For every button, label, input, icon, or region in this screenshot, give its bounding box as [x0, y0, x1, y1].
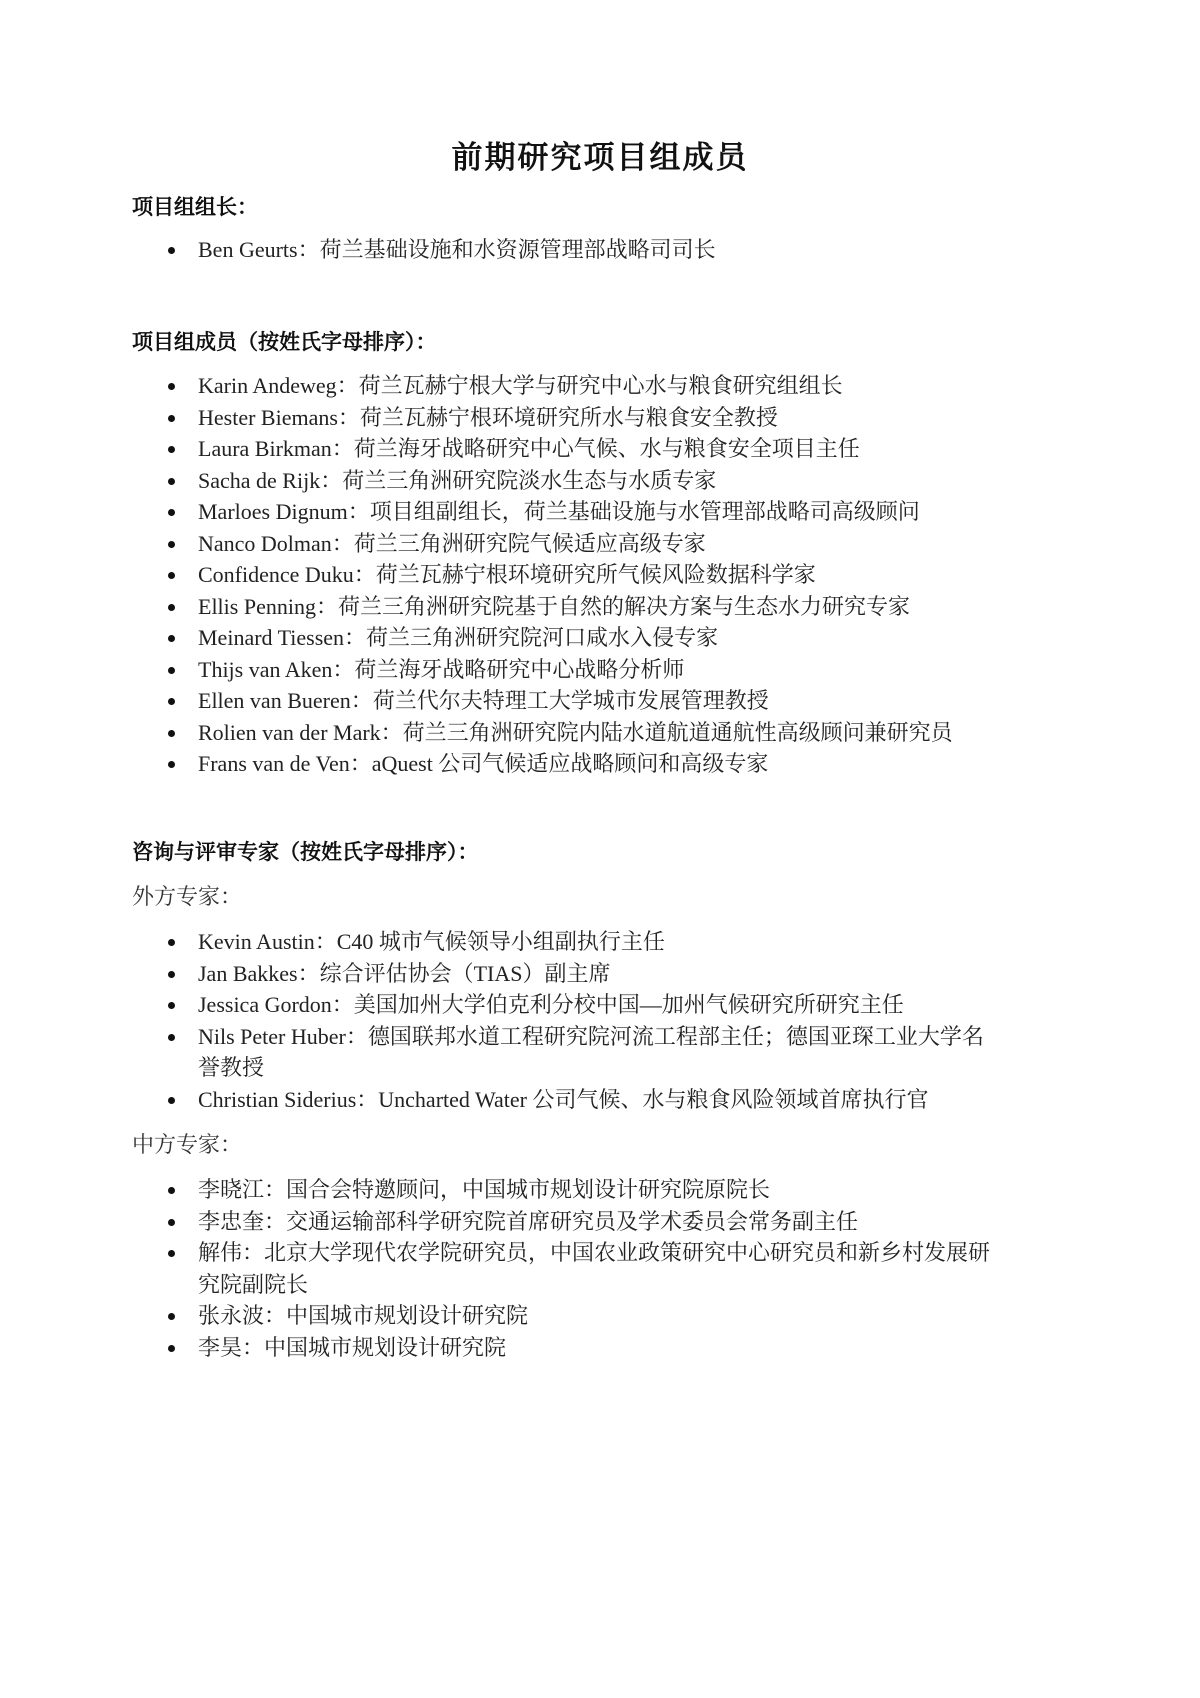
page-title: 前期研究项目组成员	[0, 132, 1200, 177]
list-item: 李晓江：国合会特邀顾问，中国城市规划设计研究院原院长	[132, 1174, 992, 1206]
section-heading-advisors: 咨询与评审专家（按姓氏字母排序）：	[132, 836, 479, 866]
bullet-icon	[168, 572, 175, 579]
bullet-icon	[168, 415, 175, 422]
list-item: Sacha de Rijk：荷兰三角洲研究院淡水生态与水质专家	[132, 465, 992, 497]
list-item: Karin Andeweg：荷兰瓦赫宁根大学与研究中心水与粮食研究组组长	[132, 370, 992, 402]
list-item: Ellen van Bueren：荷兰代尔夫特理工大学城市发展管理教授	[132, 685, 992, 717]
list-item: Thijs van Aken：荷兰海牙战略研究中心战略分析师	[132, 654, 992, 686]
list-item: 李昊：中国城市规划设计研究院	[132, 1332, 992, 1364]
list-item: Jessica Gordon：美国加州大学伯克利分校中国—加州气候研究所研究主任	[132, 989, 992, 1021]
list-item: 张永波：中国城市规划设计研究院	[132, 1300, 992, 1332]
bullet-icon	[168, 1219, 175, 1226]
chinese-experts-list: 李晓江：国合会特邀顾问，中国城市规划设计研究院原院长 李忠奎：交通运输部科学研究…	[132, 1174, 992, 1363]
list-item: Laura Birkman：荷兰海牙战略研究中心气候、水与粮食安全项目主任	[132, 433, 992, 465]
bullet-icon	[168, 1250, 175, 1257]
document-page: 前期研究项目组成员 项目组组长： Ben Geurts：荷兰基础设施和水资源管理…	[0, 0, 1200, 1698]
bullet-icon	[168, 509, 175, 516]
list-item: Nanco Dolman：荷兰三角洲研究院气候适应高级专家	[132, 528, 992, 560]
list-item: Hester Biemans：荷兰瓦赫宁根环境研究所水与粮食安全教授	[132, 402, 992, 434]
list-item: Nils Peter Huber：德国联邦水道工程研究院河流工程部主任；德国亚琛…	[132, 1021, 992, 1084]
list-item: Meinard Tiessen：荷兰三角洲研究院河口咸水入侵专家	[132, 622, 992, 654]
bullet-icon	[168, 635, 175, 642]
bullet-icon	[168, 1187, 175, 1194]
foreign-experts-list: Kevin Austin：C40 城市气候领导小组副执行主任 Jan Bakke…	[132, 926, 992, 1115]
subheading-foreign-experts: 外方专家：	[132, 880, 242, 911]
list-item: 李忠奎：交通运输部科学研究院首席研究员及学术委员会常务副主任	[132, 1206, 992, 1238]
bullet-icon	[168, 698, 175, 705]
bullet-icon	[168, 1034, 175, 1041]
section-heading-leader: 项目组组长：	[132, 191, 258, 221]
list-item: Marloes Dignum：项目组副组长，荷兰基础设施与水管理部战略司高级顾问	[132, 496, 992, 528]
list-item: Rolien van der Mark：荷兰三角洲研究院内陆水道航道通航性高级顾…	[132, 717, 992, 749]
leader-list: Ben Geurts：荷兰基础设施和水资源管理部战略司司长	[132, 234, 992, 266]
bullet-icon	[168, 939, 175, 946]
section-heading-members: 项目组成员（按姓氏字母排序）：	[132, 326, 437, 356]
bullet-icon	[168, 1345, 175, 1352]
list-item: Ben Geurts：荷兰基础设施和水资源管理部战略司司长	[132, 234, 992, 266]
bullet-icon	[168, 383, 175, 390]
bullet-icon	[168, 1313, 175, 1320]
bullet-icon	[168, 247, 175, 254]
list-item: Jan Bakkes：综合评估协会（TIAS）副主席	[132, 958, 992, 990]
members-list: Karin Andeweg：荷兰瓦赫宁根大学与研究中心水与粮食研究组组长 Hes…	[132, 370, 992, 780]
bullet-icon	[168, 478, 175, 485]
bullet-icon	[168, 541, 175, 548]
list-item: Christian Siderius：Uncharted Water 公司气候、…	[132, 1084, 992, 1116]
list-item: Kevin Austin：C40 城市气候领导小组副执行主任	[132, 926, 992, 958]
list-item: 解伟：北京大学现代农学院研究员，中国农业政策研究中心研究员和新乡村发展研究院副院…	[132, 1237, 992, 1300]
bullet-icon	[168, 604, 175, 611]
bullet-icon	[168, 446, 175, 453]
list-item: Confidence Duku：荷兰瓦赫宁根环境研究所气候风险数据科学家	[132, 559, 992, 591]
bullet-icon	[168, 761, 175, 768]
bullet-icon	[168, 1097, 175, 1104]
subheading-chinese-experts: 中方专家：	[132, 1128, 242, 1159]
bullet-icon	[168, 971, 175, 978]
list-item: Ellis Penning：荷兰三角洲研究院基于自然的解决方案与生态水力研究专家	[132, 591, 992, 623]
bullet-icon	[168, 667, 175, 674]
list-item: Frans van de Ven：aQuest 公司气候适应战略顾问和高级专家	[132, 748, 992, 780]
bullet-icon	[168, 730, 175, 737]
bullet-icon	[168, 1002, 175, 1009]
